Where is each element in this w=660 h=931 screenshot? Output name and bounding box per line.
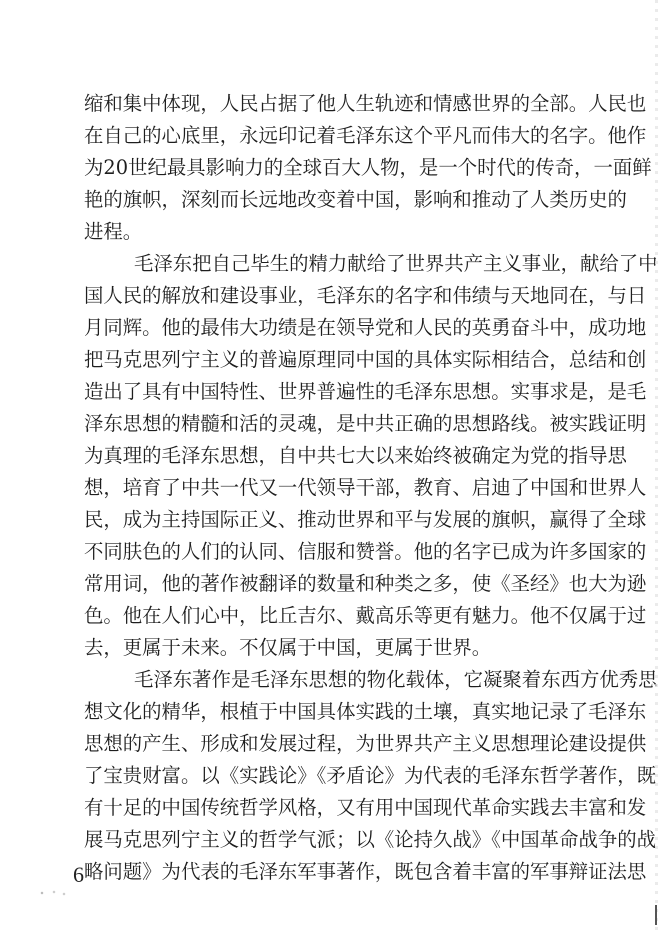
text-line: 去，更属于未来。不仅属于中国，更属于世界。 (84, 632, 584, 664)
text-line: 民，成为主持国际正义、推动世界和平与发展的旗帜，赢得了全球 (84, 504, 584, 536)
text-line: 为真理的毛泽东思想，自中共七大以来始终被确定为党的指导思 (84, 440, 584, 472)
book-page: 缩和集中体现，人民占据了他人生轨迹和情感世界的全部。人民也 在自己的心底里，永远… (0, 0, 660, 931)
text-line: 在自己的心底里，永远印记着毛泽东这个平凡而伟大的名字。他作 (84, 120, 584, 152)
text-line: 有十足的中国传统哲学风格，又有用中国现代革命实践去丰富和发 (84, 792, 584, 824)
text-line: 不同肤色的人们的认同、信服和赞誉。他的名字已成为许多国家的 (84, 536, 584, 568)
text-line: 略问题》为代表的毛泽东军事著作，既包含着丰富的军事辩证法思 (84, 856, 584, 888)
scan-specks (40, 890, 70, 896)
text-line: 缩和集中体现，人民占据了他人生轨迹和情感世界的全部。人民也 (84, 88, 584, 120)
text-line: 色。他在人们心中，比丘吉尔、戴高乐等更有魅力。他不仅属于过 (84, 600, 584, 632)
text-line: 国人民的解放和建设事业，毛泽东的名字和伟绩与天地同在，与日 (84, 280, 584, 312)
binding-edge (655, 0, 658, 931)
text-line: 展马克思列宁主义的哲学气派；以《论持久战》《中国革命战争的战 (84, 824, 584, 856)
text-line: 了宝贵财富。以《实践论》《矛盾论》为代表的毛泽东哲学著作，既 (84, 760, 584, 792)
paragraph-first-line: 毛泽东著作是毛泽东思想的物化载体，它凝聚着东西方优秀思 (84, 664, 584, 696)
binding-mark (655, 905, 657, 925)
text-line: 泽东思想的精髓和活的灵魂，是中共正确的思想路线。被实践证明 (84, 408, 584, 440)
body-text: 缩和集中体现，人民占据了他人生轨迹和情感世界的全部。人民也 在自己的心底里，永远… (84, 88, 584, 888)
paragraph-first-line: 毛泽东把自己毕生的精力献给了世界共产主义事业，献给了中 (84, 248, 584, 280)
text-line: 把马克思列宁主义的普遍原理同中国的具体实际相结合，总结和创 (84, 344, 584, 376)
text-line: 想，培育了中共一代又一代领导干部，教育、启迪了中国和世界人 (84, 472, 584, 504)
text-line: 造出了具有中国特性、世界普遍性的毛泽东思想。实事求是，是毛 (84, 376, 584, 408)
text-line: 想文化的精华，根植于中国具体实践的土壤，真实地记录了毛泽东 (84, 696, 584, 728)
text-line: 思想的产生、形成和发展过程，为世界共产主义思想理论建设提供 (84, 728, 584, 760)
text-line: 进程。 (84, 216, 584, 248)
page-number: 6 (73, 862, 84, 888)
text-line: 常用词，他的著作被翻译的数量和种类之多，使《圣经》也大为逊 (84, 568, 584, 600)
text-line: 艳的旗帜，深刻而长远地改变着中国，影响和推动了人类历史的 (84, 184, 584, 216)
text-line: 为20世纪最具影响力的全球百大人物，是一个时代的传奇，一面鲜 (84, 152, 584, 184)
text-line: 月同辉。他的最伟大功绩是在领导党和人民的英勇奋斗中，成功地 (84, 312, 584, 344)
